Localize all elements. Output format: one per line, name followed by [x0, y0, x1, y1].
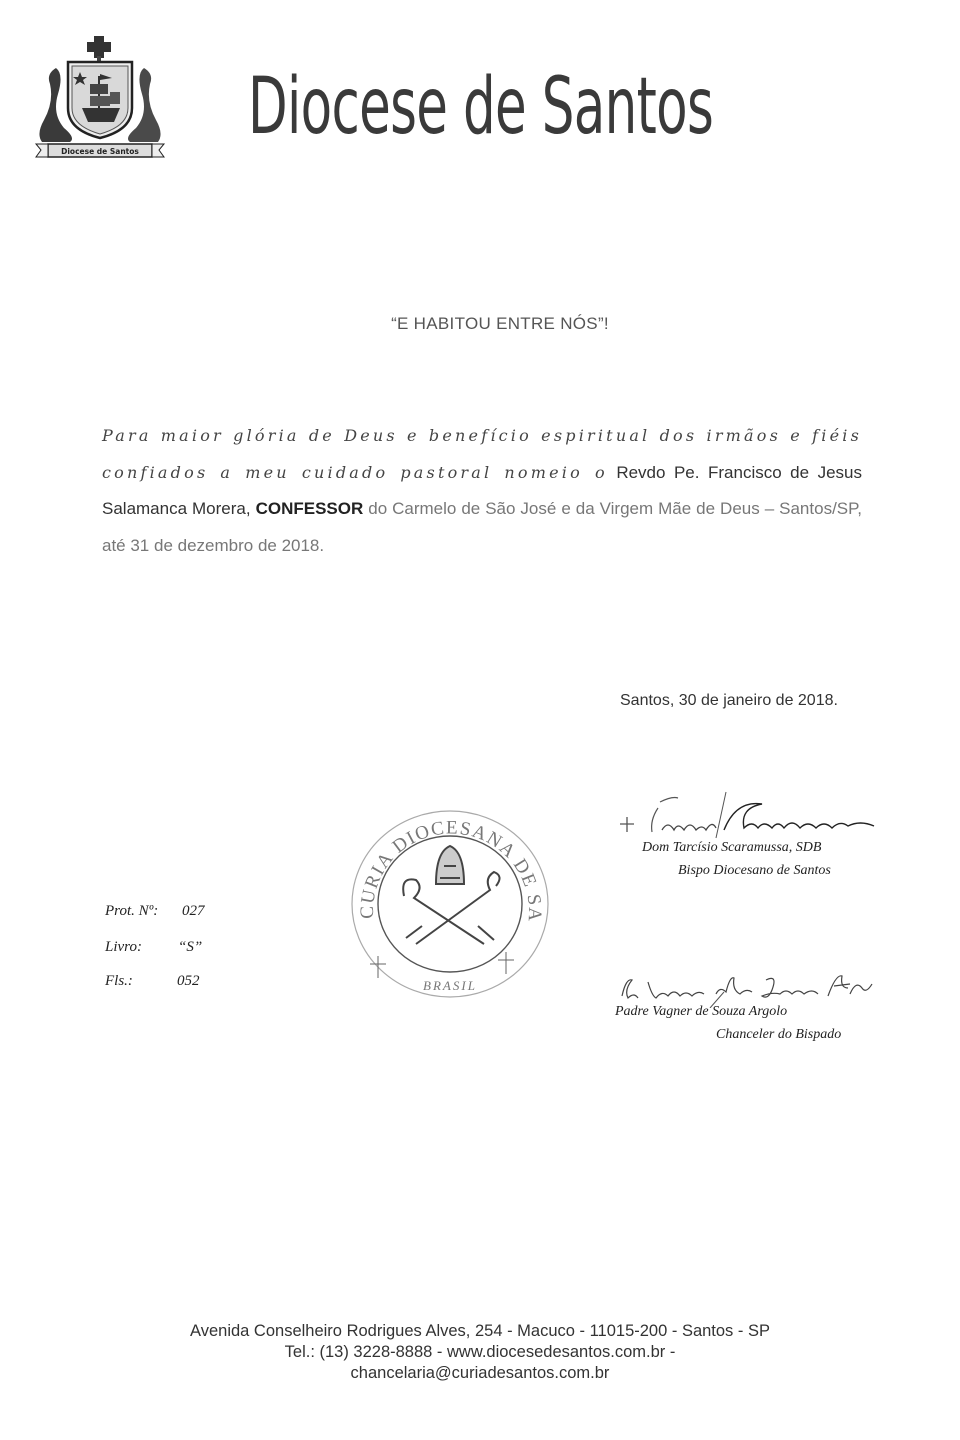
body-role-confessor: CONFESSOR — [256, 499, 364, 518]
footer-contact: Tel.: (13) 3228-8888 - www.diocesedesant… — [0, 1342, 960, 1363]
bishop-name: Dom Tarcísio Scaramussa, SDB — [642, 840, 821, 856]
book-label: Livro: — [105, 939, 142, 956]
svg-text:BRASIL: BRASIL — [423, 978, 477, 993]
motto-heading: “E HABITOU ENTRE NÓS”! — [0, 314, 960, 334]
date-line: Santos, 30 de janeiro de 2018. — [620, 692, 838, 710]
chancellor-role: Chanceler do Bispado — [716, 1027, 841, 1043]
curia-seal-stamp: CURIA DIOCESANA DE SANTOS BRASIL — [344, 806, 556, 1002]
footer-email: chancelaria@curiadesantos.com.br — [0, 1363, 960, 1384]
footer-address: Avenida Conselheiro Rodrigues Alves, 254… — [0, 1321, 960, 1342]
bishop-role: Bispo Diocesano de Santos — [678, 863, 831, 879]
appointment-paragraph: Para maior glória de Deus e benefício es… — [102, 418, 862, 564]
book-value: “S” — [178, 939, 202, 956]
protocol-number-label: Prot. Nº: — [105, 903, 158, 920]
diocese-coat-of-arms-icon: Diocese de Santos — [34, 34, 166, 160]
protocol-number-value: 027 — [182, 903, 205, 920]
chancellor-name: Padre Vagner de Souza Argolo — [615, 1004, 787, 1020]
chancellor-signature-icon — [612, 966, 882, 1008]
mitre-and-crossed-keys-icon — [403, 846, 499, 944]
svg-text:Diocese de Santos: Diocese de Santos — [61, 147, 139, 156]
pages-label: Fls.: — [105, 973, 133, 990]
footer-contact-block: Avenida Conselheiro Rodrigues Alves, 254… — [0, 1321, 960, 1384]
bishop-signature-icon — [612, 790, 882, 840]
letterhead-title: Diocese de Santos — [248, 62, 713, 152]
pages-value: 052 — [177, 973, 200, 990]
